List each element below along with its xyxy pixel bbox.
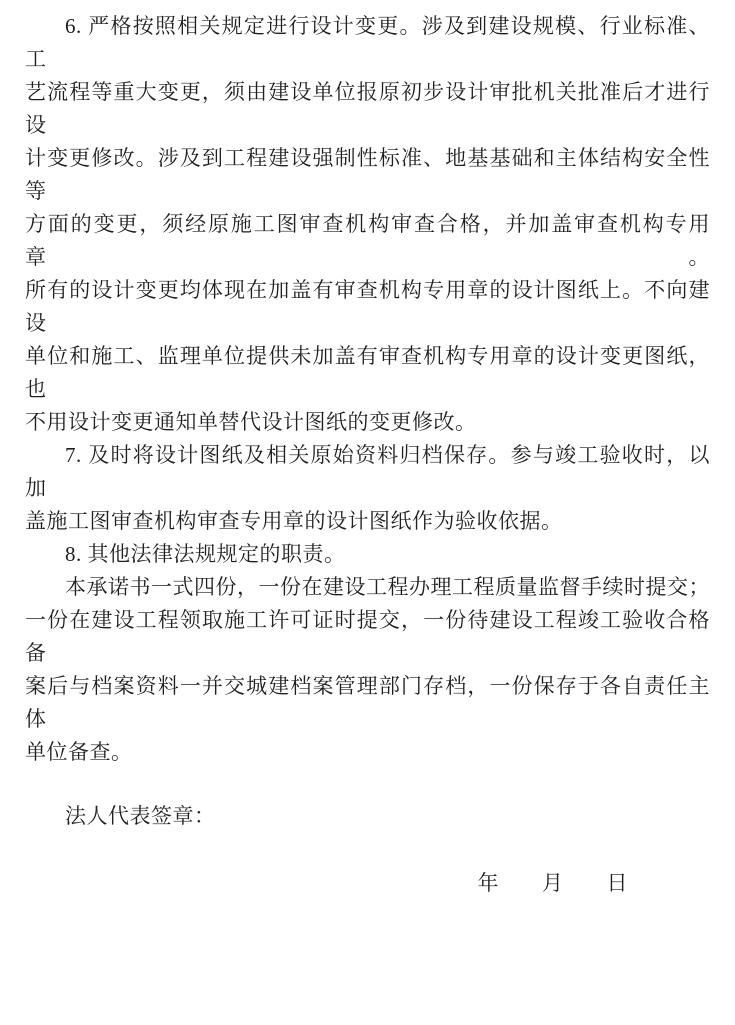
text-line: 一份在建设工程领取施工许可证时提交，一份待建设工程竣工验收合格备 xyxy=(25,604,710,670)
text-line: 8. 其他法律法规规定的职责。 xyxy=(25,538,710,571)
text-line: 7. 及时将设计图纸及相关原始资料归档保存。参与竣工验收时，以加 xyxy=(25,439,710,505)
paragraph-clause-6: 6. 严格按照相关规定进行设计变更。涉及到建设规模、行业标准、工 艺流程等重大变… xyxy=(25,10,710,439)
text-line: 6. 严格按照相关规定进行设计变更。涉及到建设规模、行业标准、工 xyxy=(25,10,710,76)
document-body: 6. 严格按照相关规定进行设计变更。涉及到建设规模、行业标准、工 艺流程等重大变… xyxy=(25,10,710,900)
paragraph-closing: 本承诺书一式四份，一份在建设工程办理工程质量监督手续时提交； 一份在建设工程领取… xyxy=(25,571,710,769)
text-line: 盖施工图审查机构审查专用章的设计图纸作为验收依据。 xyxy=(25,505,710,538)
signature-label: 法人代表签章： xyxy=(25,800,710,833)
text-line: 单位备查。 xyxy=(25,736,710,769)
text-line: 方面的变更，须经原施工图审查机构审查合格，并加盖审查机构专用章。 xyxy=(25,208,710,274)
text-line: 案后与档案资料一并交城建档案管理部门存档，一份保存于各自责任主体 xyxy=(25,670,710,736)
text-line: 计变更修改。涉及到工程建设强制性标准、地基基础和主体结构安全性等 xyxy=(25,142,710,208)
text-line: 单位和施工、监理单位提供未加盖有审查机构专用章的设计变更图纸，也 xyxy=(25,340,710,406)
text-line: 不用设计变更通知单替代设计图纸的变更修改。 xyxy=(25,406,710,439)
document-page: 6. 严格按照相关规定进行设计变更。涉及到建设规模、行业标准、工 艺流程等重大变… xyxy=(0,0,735,1025)
date-line: 年 月 日 xyxy=(25,867,710,900)
paragraph-clause-8: 8. 其他法律法规规定的职责。 xyxy=(25,538,710,571)
text-line: 艺流程等重大变更，须由建设单位报原初步设计审批机关批准后才进行设 xyxy=(25,76,710,142)
text-line: 所有的设计变更均体现在加盖有审查机构专用章的设计图纸上。不向建设 xyxy=(25,274,710,340)
paragraph-clause-7: 7. 及时将设计图纸及相关原始资料归档保存。参与竣工验收时，以加 盖施工图审查机… xyxy=(25,439,710,538)
text-line: 本承诺书一式四份，一份在建设工程办理工程质量监督手续时提交； xyxy=(25,571,710,604)
